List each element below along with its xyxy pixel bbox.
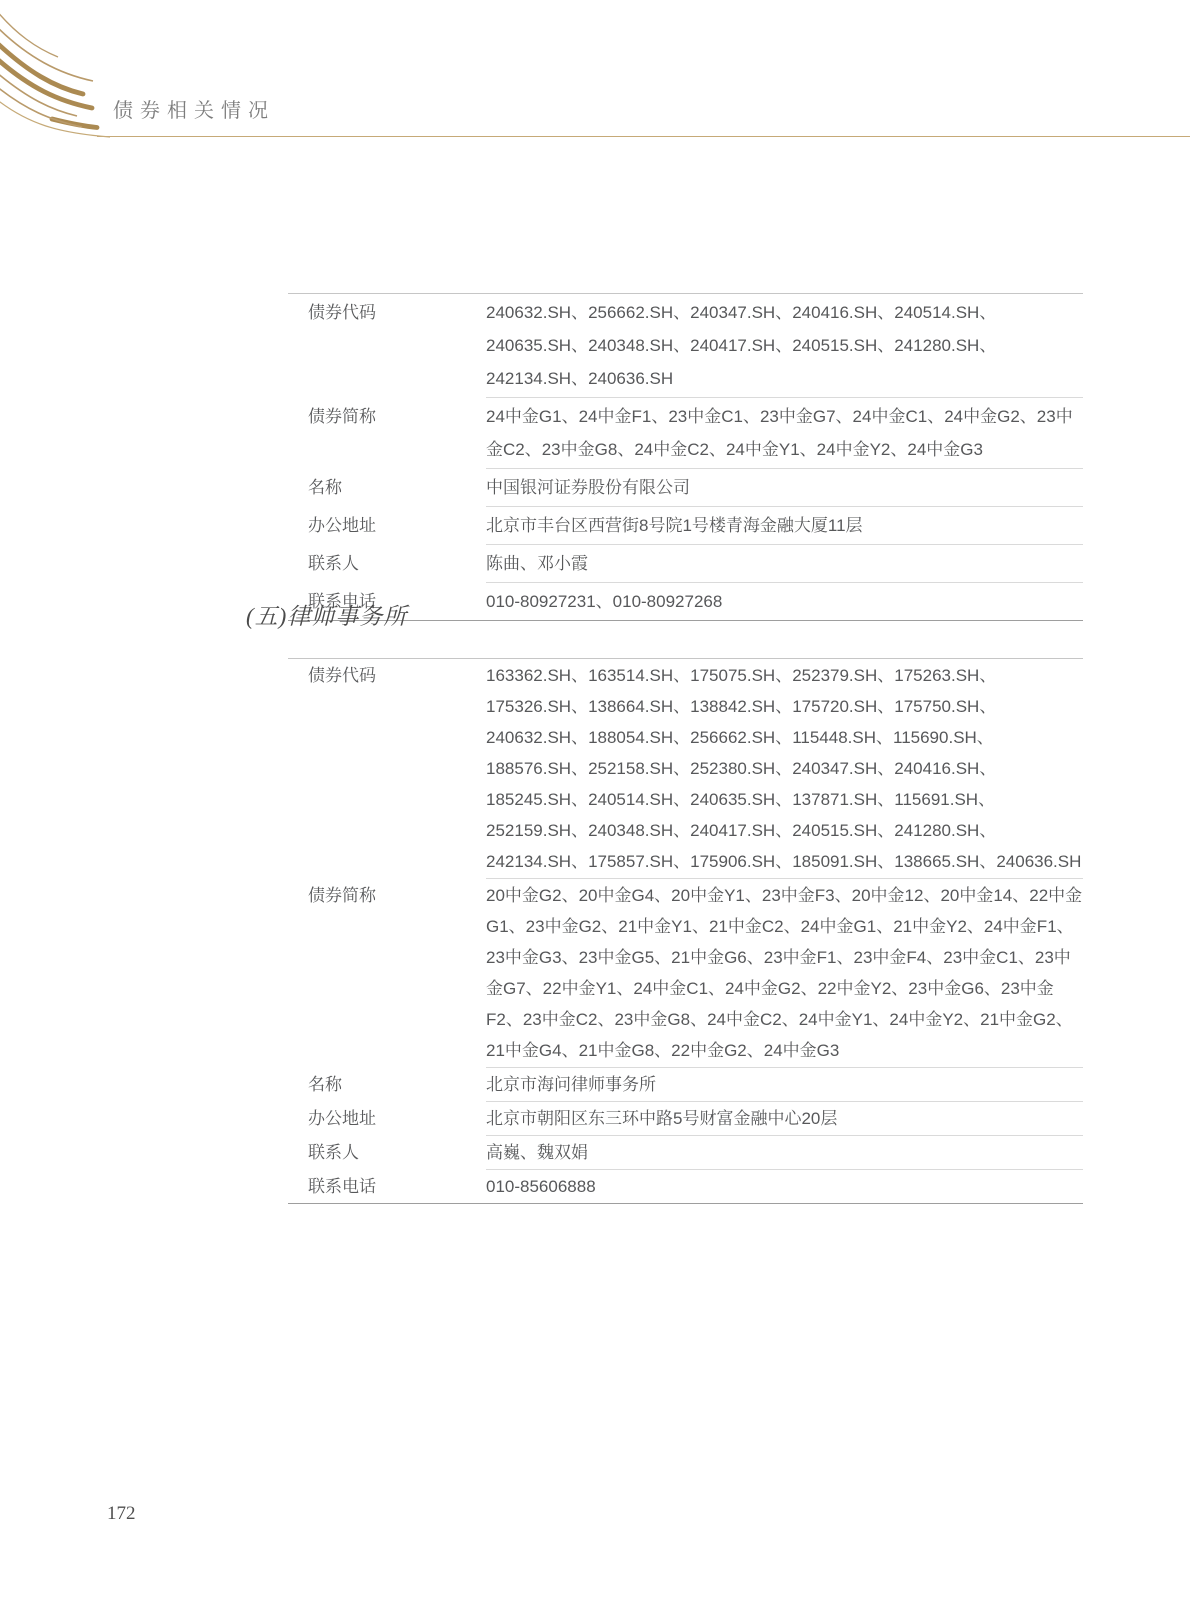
table-row: 办公地址 北京市朝阳区东三环中路5号财富金融中心20层 [288, 1102, 1083, 1136]
table-row: 名称 北京市海问律师事务所 [288, 1068, 1083, 1102]
row-label: 债券代码 [288, 659, 486, 879]
table-row: 名称 中国银河证券股份有限公司 [288, 469, 1083, 507]
row-label: 联系人 [288, 1136, 486, 1170]
row-label: 办公地址 [288, 507, 486, 545]
law-firm-contact-table: 债券代码 163362.SH、163514.SH、175075.SH、25237… [288, 658, 1083, 1204]
row-value: 010-85606888 [486, 1170, 1083, 1203]
row-value: 163362.SH、163514.SH、175075.SH、252379.SH、… [486, 659, 1083, 879]
row-value: 20中金G2、20中金G4、20中金Y1、23中金F3、20中金12、20中金1… [486, 879, 1083, 1068]
underwriter-contact-table: 债券代码 240632.SH、256662.SH、240347.SH、24041… [288, 293, 1083, 621]
row-value: 中国银河证券股份有限公司 [486, 469, 1083, 507]
row-value: 北京市海问律师事务所 [486, 1068, 1083, 1102]
row-value: 陈曲、邓小霞 [486, 545, 1083, 583]
table-row: 联系人 高巍、魏双娟 [288, 1136, 1083, 1170]
row-label: 债券简称 [288, 879, 486, 1068]
document-page: 债券相关情况 债券代码 240632.SH、256662.SH、240347.S… [0, 0, 1190, 1615]
table-row: 联系人 陈曲、邓小霞 [288, 545, 1083, 583]
table-row: 债券简称 24中金G1、24中金F1、23中金C1、23中金G7、24中金C1、… [288, 398, 1083, 469]
row-value: 240632.SH、256662.SH、240347.SH、240416.SH、… [486, 294, 1083, 398]
row-label: 联系人 [288, 545, 486, 583]
row-value: 北京市丰台区西营街8号院1号楼青海金融大厦11层 [486, 507, 1083, 545]
header-divider-line [97, 136, 1190, 137]
table-row: 办公地址 北京市丰台区西营街8号院1号楼青海金融大厦11层 [288, 507, 1083, 545]
row-label: 办公地址 [288, 1102, 486, 1136]
row-label: 债券简称 [288, 398, 486, 469]
table-row: 联系电话 010-85606888 [288, 1170, 1083, 1203]
row-label: 债券代码 [288, 294, 486, 398]
row-label: 名称 [288, 469, 486, 507]
table-row: 债券代码 163362.SH、163514.SH、175075.SH、25237… [288, 659, 1083, 879]
row-label: 联系电话 [288, 1170, 486, 1203]
row-value: 010-80927231、010-80927268 [486, 583, 1083, 620]
page-title: 债券相关情况 [113, 94, 275, 123]
table-row: 债券简称 20中金G2、20中金G4、20中金Y1、23中金F3、20中金12、… [288, 879, 1083, 1068]
section-heading-law-firm: (五)律师事务所 [246, 598, 407, 631]
row-value: 高巍、魏双娟 [486, 1136, 1083, 1170]
row-value: 北京市朝阳区东三环中路5号财富金融中心20层 [486, 1102, 1083, 1136]
row-label: 名称 [288, 1068, 486, 1102]
table-row: 债券代码 240632.SH、256662.SH、240347.SH、24041… [288, 294, 1083, 398]
page-number: 172 [107, 1503, 136, 1525]
row-value: 24中金G1、24中金F1、23中金C1、23中金G7、24中金C1、24中金G… [486, 398, 1083, 469]
